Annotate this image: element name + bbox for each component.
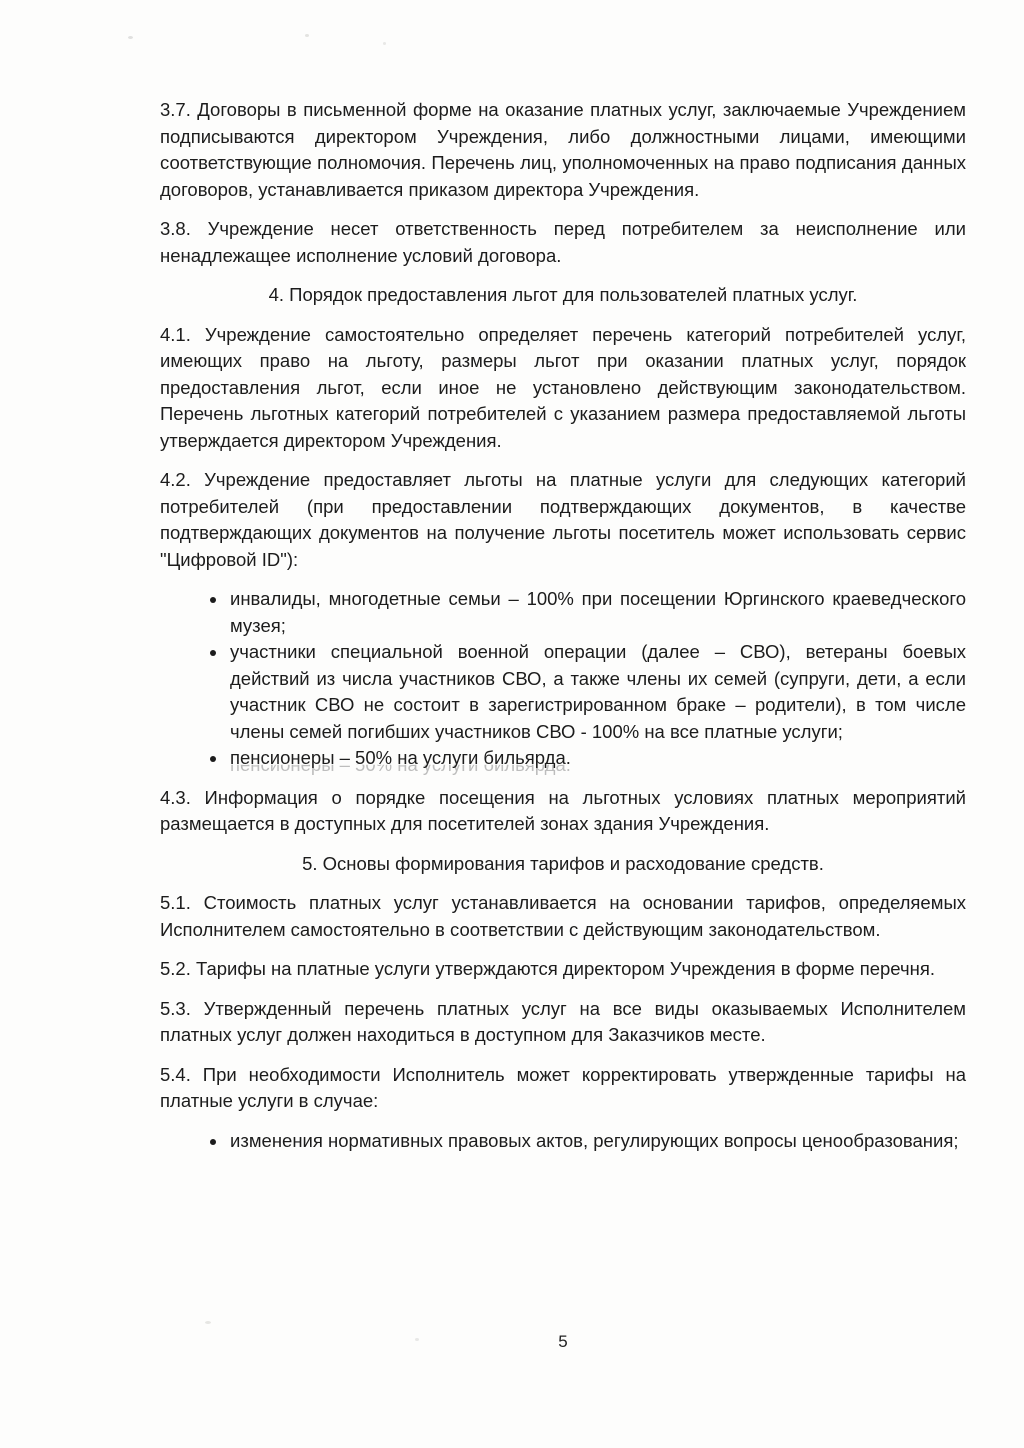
paragraph-5-2: 5.2. Тарифы на платные услуги утверждают… <box>160 956 966 983</box>
section-5-heading: 5. Основы формирования тарифов и расходо… <box>160 851 966 878</box>
paragraph-3-8: 3.8. Учреждение несет ответственность пе… <box>160 216 966 269</box>
list-item: инвалиды, многодетные семьи – 100% при п… <box>228 586 966 639</box>
paragraph-3-7: 3.7. Договоры в письменной форме на оказ… <box>160 97 966 203</box>
scan-speck <box>383 42 386 45</box>
tariff-adjustment-cases-list: изменения нормативных правовых актов, ре… <box>160 1128 966 1155</box>
section-4-heading: 4. Порядок предоставления льгот для поль… <box>160 282 966 309</box>
document-body: 3.7. Договоры в письменной форме на оказ… <box>160 97 966 1167</box>
paragraph-5-4: 5.4. При необходимости Исполнитель может… <box>160 1062 966 1115</box>
paragraph-4-2: 4.2. Учреждение предоставляет льготы на … <box>160 467 966 573</box>
list-item: участники специальной военной операции (… <box>228 639 966 745</box>
list-item: изменения нормативных правовых актов, ре… <box>228 1128 966 1155</box>
scanned-document-page: 3.7. Договоры в письменной форме на оказ… <box>0 0 1024 1448</box>
paragraph-4-3: 4.3. Информация о порядке посещения на л… <box>160 785 966 838</box>
scan-speck <box>305 34 309 37</box>
list-item: пенсионеры – 50% на услуги бильярда. <box>228 745 966 772</box>
benefit-categories-list: инвалиды, многодетные семьи – 100% при п… <box>160 586 966 772</box>
scan-speck <box>205 1321 211 1324</box>
scan-speck <box>128 36 133 39</box>
paragraph-5-3: 5.3. Утвержденный перечень платных услуг… <box>160 996 966 1049</box>
paragraph-5-1: 5.1. Стоимость платных услуг устанавлива… <box>160 890 966 943</box>
page-number: 5 <box>160 1332 966 1352</box>
paragraph-4-1: 4.1. Учреждение самостоятельно определяе… <box>160 322 966 455</box>
